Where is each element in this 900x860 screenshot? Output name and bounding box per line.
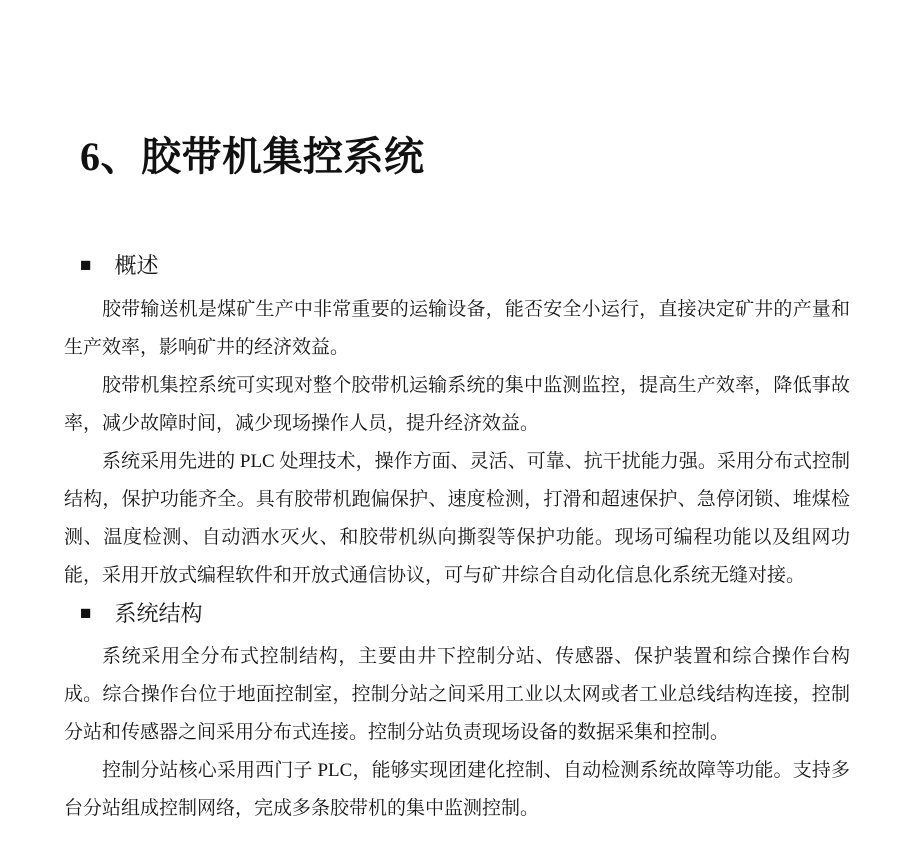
section-heading-overview: ■ 概述 — [64, 247, 850, 285]
paragraph: 系统采用先进的 PLC 处理技术，操作方面、灵活、可靠、抗干扰能力强。采用分布式… — [64, 443, 850, 595]
paragraph: 胶带机集控系统可实现对整个胶带机运输系统的集中监测监控，提高生产效率，降低事故率… — [64, 367, 850, 443]
section-heading-label: 概述 — [114, 247, 158, 285]
section-overview: ■ 概述 胶带输送机是煤矿生产中非常重要的运输设备，能否安全小运行，直接决定矿井… — [64, 247, 850, 595]
square-bullet-icon: ■ — [80, 604, 91, 623]
paragraph: 胶带输送机是煤矿生产中非常重要的运输设备，能否安全小运行，直接决定矿井的产量和生… — [64, 291, 850, 367]
document-page: 6、胶带机集控系统 ■ 概述 胶带输送机是煤矿生产中非常重要的运输设备，能否安全… — [0, 0, 900, 860]
section-heading-label: 系统结构 — [114, 595, 202, 633]
page-title: 6、胶带机集控系统 — [64, 0, 850, 182]
square-bullet-icon: ■ — [80, 256, 91, 275]
paragraph: 控制分站核心采用西门子 PLC，能够实现团建化控制、自动检测系统故障等功能。支持… — [64, 752, 850, 828]
paragraph: 系统采用全分布式控制结构，主要由井下控制分站、传感器、保护装置和综合操作台构成。… — [64, 638, 850, 752]
section-structure: ■ 系统结构 系统采用全分布式控制结构，主要由井下控制分站、传感器、保护装置和综… — [64, 595, 850, 828]
section-heading-structure: ■ 系统结构 — [64, 595, 850, 633]
